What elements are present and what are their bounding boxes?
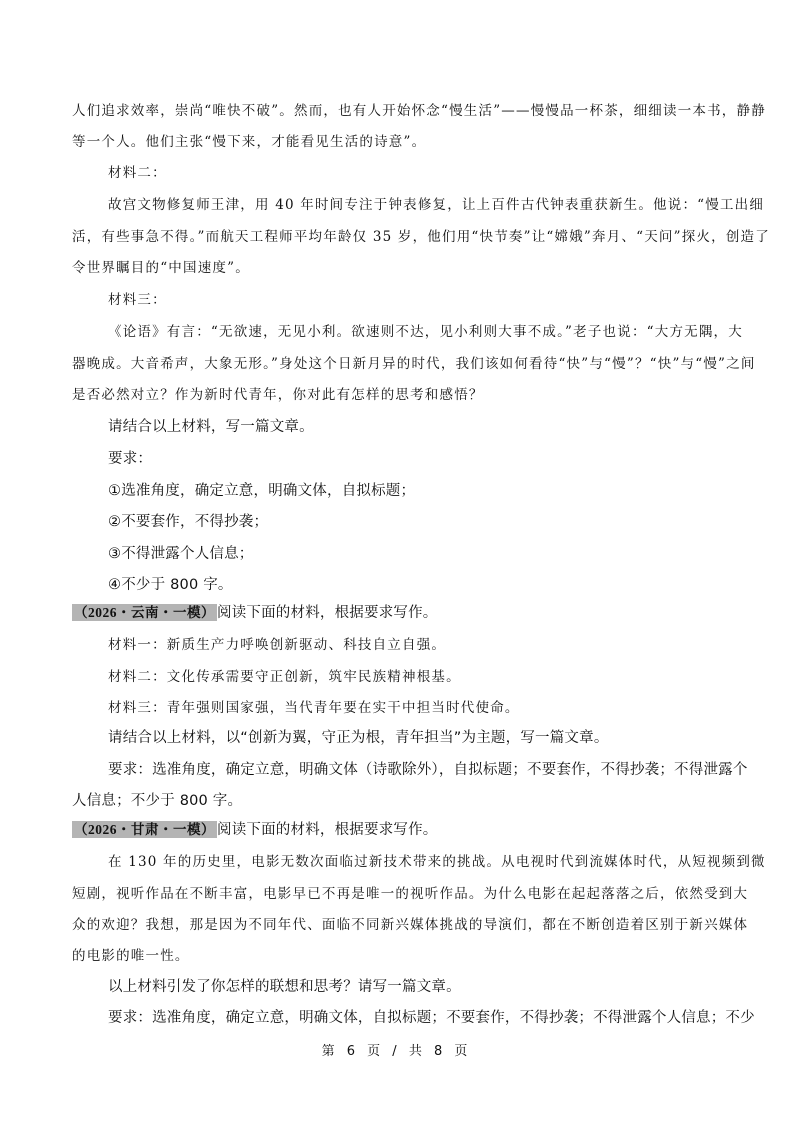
question3-line4: 的电影的唯一性。	[72, 946, 732, 966]
document-page: 人们追求效率，崇尚“唯快不破”。然而，也有人开始怀念“慢生活”——慢慢品一杯茶，…	[0, 0, 793, 1122]
task1-requirement-3: ③不得泄露个人信息；	[108, 544, 768, 564]
question2-requirements-line2: 人信息；不少于 800 字。	[72, 791, 732, 811]
task1-requirement-1: ①选准角度，确定立意，明确文体，自拟标题；	[108, 481, 768, 501]
question2-material-2: 材料二：文化传承需要守正创新，筑牢民族精神根基。	[108, 667, 768, 687]
page-indicator: 第 6 页 / 共 8 页	[0, 1040, 793, 1059]
question3-prompt: 以上材料引发了你怎样的联想和思考？请写一篇文章。	[108, 977, 768, 997]
material2-line3: 令世界瞩目的“中国速度”。	[72, 258, 732, 278]
question3-requirements-line1: 要求：选准角度，确定立意，明确文体，自拟标题；不要套作，不得抄袭；不得泄露个人信…	[108, 1008, 768, 1028]
material3-label: 材料三：	[108, 290, 768, 310]
question2-source-tag: （2026・云南・一模）	[72, 604, 217, 621]
task1-requirement-2: ②不要套作，不得抄袭；	[108, 512, 768, 532]
material2-label: 材料二：	[108, 163, 768, 183]
material2-line1: 故宫文物修复师王津，用 40 年时间专注于钟表修复，让上百件古代钟表重获新生。他…	[108, 195, 768, 215]
task1-prompt: 请结合以上材料，写一篇文章。	[108, 417, 768, 437]
material3-line3: 是否必然对立？作为新时代青年，你对此有怎样的思考和感悟？	[72, 385, 732, 405]
question3-line1: 在 130 年的历史里，电影无数次面临过新技术带来的挑战。从电视时代到流媒体时代…	[108, 852, 768, 872]
question2-prompt: 请结合以上材料，以“创新为翼，守正为根，青年担当”为主题，写一篇文章。	[108, 728, 768, 748]
material1-line2: 等一个人。他们主张“慢下来，才能看见生活的诗意”。	[72, 132, 732, 152]
question3-source-tag: （2026・甘肃・一模）	[72, 821, 217, 838]
question3-header: （2026・甘肃・一模）阅读下面的材料，根据要求写作。	[72, 820, 732, 840]
question2-header: （2026・云南・一模）阅读下面的材料，根据要求写作。	[72, 603, 732, 623]
task1-requirements-label: 要求：	[108, 449, 768, 469]
question2-material-3: 材料三：青年强则国家强，当代青年要在实干中担当时代使命。	[108, 698, 768, 718]
material3-line2: 器晚成。大音希声，大象无形。”身处这个日新月异的时代，我们该如何看待“快”与“慢…	[72, 354, 732, 374]
task1-requirement-4: ④不少于 800 字。	[108, 575, 768, 595]
material2-line2: 活，有些事急不得。”而航天工程师平均年龄仅 35 岁，他们用“快节奏”让“嫦娥”…	[72, 227, 732, 247]
question2-requirements-line1: 要求：选准角度，确定立意，明确文体（诗歌除外），自拟标题；不要套作，不得抄袭；不…	[108, 760, 768, 780]
question3-line3: 众的欢迎？我想，那是因为不同年代、面临不同新兴媒体挑战的导演们，都在不断创造着区…	[72, 915, 732, 935]
material3-line1: 《论语》有言：“无欲速，无见小利。欲速则不达，见小利则大事不成。”老子也说：“大…	[108, 322, 768, 342]
question2-material-1: 材料一：新质生产力呼唤创新驱动、科技自立自强。	[108, 635, 768, 655]
material1-line1: 人们追求效率，崇尚“唯快不破”。然而，也有人开始怀念“慢生活”——慢慢品一杯茶，…	[72, 101, 732, 121]
question3-instruction: 阅读下面的材料，根据要求写作。	[217, 822, 438, 838]
question2-instruction: 阅读下面的材料，根据要求写作。	[217, 605, 438, 621]
question3-line2: 短剧，视听作品在不断丰富，电影早已不再是唯一的视听作品。为什么电影在起起落落之后…	[72, 884, 732, 904]
